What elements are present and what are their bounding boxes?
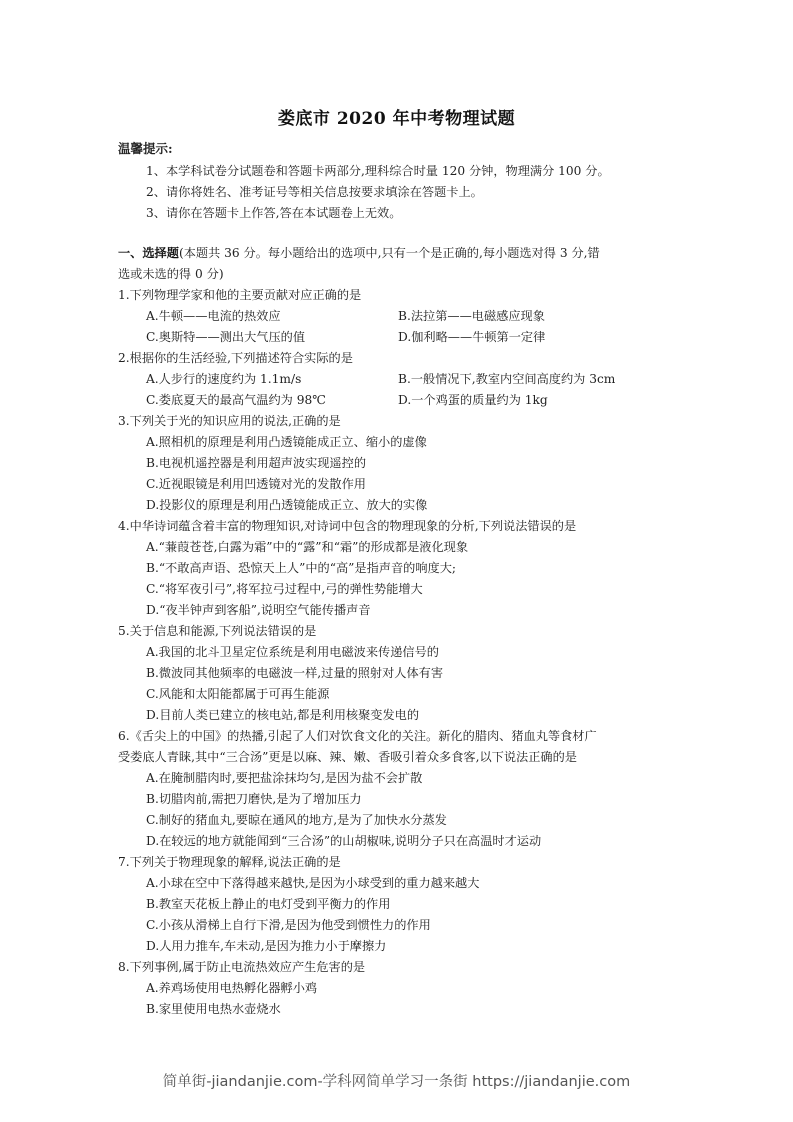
notice-item: 3、请你在答题卡上作答,答在本试题卷上无效。 — [146, 204, 401, 222]
option: A.牛顿——电流的热效应 — [146, 307, 281, 325]
question-stem: 2.根据你的生活经验,下列描述符合实际的是 — [118, 349, 353, 367]
option: D.在较远的地方就能闻到“三合汤”的山胡椒味,说明分子只在高温时才运动 — [146, 832, 541, 850]
section-instructions-cont: 选或未选的得 0 分) — [118, 265, 224, 283]
option: B.微波同其他频率的电磁波一样,过量的照射对人体有害 — [146, 664, 443, 682]
option: D.“夜半钟声到客船”,说明空气能传播声音 — [146, 601, 371, 619]
option: C.娄底夏天的最高气温约为 98℃ — [146, 391, 326, 409]
option: A.“蒹葭苍苍,白露为霜”中的“露”和“霜”的形成都是液化现象 — [146, 538, 468, 556]
option: A.我国的北斗卫星定位系统是利用电磁波来传递信号的 — [146, 643, 439, 661]
option: B.一般情况下,教室内空间高度约为 3cm — [398, 370, 615, 388]
section-heading-line: 一、选择题(本题共 36 分。每小题给出的选项中,只有一个是正确的,每小题选对得… — [118, 244, 600, 262]
question-stem: 5.关于信息和能源,下列说法错误的是 — [118, 622, 316, 640]
option: B.电视机遥控器是利用超声波实现遥控的 — [146, 454, 366, 472]
option: C.奥斯特——测出大气压的值 — [146, 328, 305, 346]
option: B.法拉第——电磁感应现象 — [398, 307, 545, 325]
option: C.近视眼镜是利用凹透镜对光的发散作用 — [146, 475, 366, 493]
notice-item: 2、请你将姓名、准考证号等相关信息按要求填涂在答题卡上。 — [146, 183, 483, 201]
question-stem: 4.中华诗词蕴含着丰富的物理知识,对诗词中包含的物理现象的分析,下列说法错误的是 — [118, 517, 576, 535]
option: B.教室天花板上静止的电灯受到平衡力的作用 — [146, 895, 390, 913]
option: A.照相机的原理是利用凸透镜能成正立、缩小的虚像 — [146, 433, 427, 451]
question-stem-cont: 受娄底人青睐,其中“三合汤”更是以麻、辣、嫩、香吸引着众多食客,以下说法正确的是 — [118, 748, 577, 766]
option: B.切腊肉前,需把刀磨快,是为了增加压力 — [146, 790, 362, 808]
page-title: 娄底市 2020 年中考物理试题 — [0, 104, 793, 129]
option: B.“不敢高声语、恐惊天上人”中的“高”是指声音的响度大; — [146, 559, 456, 577]
question-stem: 7.下列关于物理现象的解释,说法正确的是 — [118, 853, 341, 871]
option: D.人用力推车,车未动,是因为推力小于摩擦力 — [146, 937, 386, 955]
section-instructions: (本题共 36 分。每小题给出的选项中,只有一个是正确的,每小题选对得 3 分,… — [179, 246, 600, 260]
option: A.小球在空中下落得越来越快,是因为小球受到的重力越来越大 — [146, 874, 479, 892]
section-heading: 一、选择题 — [118, 246, 179, 260]
option: C.小孩从滑梯上自行下滑,是因为他受到惯性力的作用 — [146, 916, 431, 934]
option: D.投影仪的原理是利用凸透镜能成正立、放大的实像 — [146, 496, 427, 514]
option: A.人步行的速度约为 1.1m/s — [146, 370, 301, 388]
option: B.家里使用电热水壶烧水 — [146, 1000, 281, 1018]
question-stem: 1.下列物理学家和他的主要贡献对应正确的是 — [118, 286, 361, 304]
option: D.伽利略——牛顿第一定律 — [398, 328, 545, 346]
option: C.制好的猪血丸,要晾在通风的地方,是为了加快水分蒸发 — [146, 811, 447, 829]
question-stem: 8.下列事例,属于防止电流热效应产生危害的是 — [118, 958, 365, 976]
option: A.养鸡场使用电热孵化器孵小鸡 — [146, 979, 317, 997]
footer-watermark: 简单街-jiandanjie.com-学科网简单学习一条街 https://ji… — [0, 1070, 793, 1091]
notice-label: 温馨提示: — [118, 140, 173, 158]
option: A.在腌制腊肉时,要把盐涂抹均匀,是因为盐不会扩散 — [146, 769, 422, 787]
option: D.目前人类已建立的核电站,都是利用核聚变发电的 — [146, 706, 419, 724]
option: D.一个鸡蛋的质量约为 1kg — [398, 391, 548, 409]
question-stem: 3.下列关于光的知识应用的说法,正确的是 — [118, 412, 341, 430]
notice-item: 1、本学科试卷分试题卷和答题卡两部分,理科综合时量 120 分钟，物理满分 10… — [146, 162, 610, 180]
option: C.风能和太阳能都属于可再生能源 — [146, 685, 329, 703]
option: C.“将军夜引弓”,将军拉弓过程中,弓的弹性势能增大 — [146, 580, 423, 598]
question-stem: 6.《舌尖上的中国》的热播,引起了人们对饮食文化的关注。新化的腊肉、猪血丸等食材… — [118, 727, 597, 745]
exam-page: 娄底市 2020 年中考物理试题 温馨提示: 1、本学科试卷分试题卷和答题卡两部… — [0, 0, 793, 1122]
